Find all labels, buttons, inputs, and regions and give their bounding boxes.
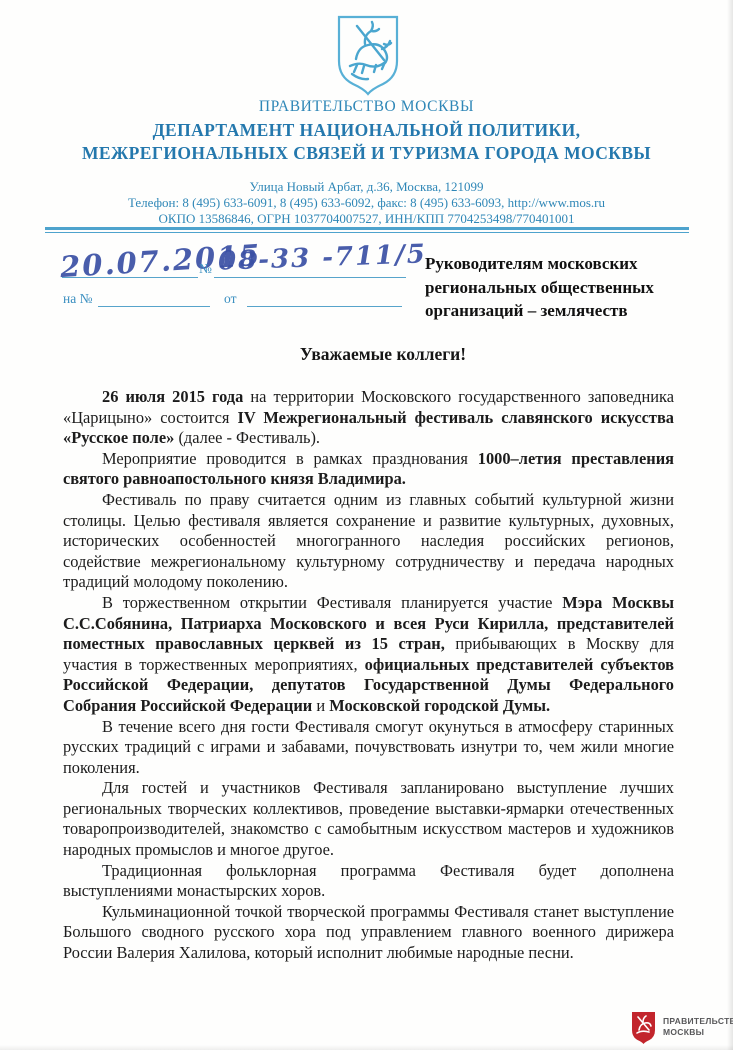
- scan-bottom-shading: [0, 1045, 733, 1050]
- scanned-letter-page: { "letterhead": { "emblem": "moscow-coat…: [0, 0, 733, 1050]
- government-title: ПРАВИТЕЛЬСТВО МОСКВЫ: [0, 98, 733, 116]
- body-paragraph: Кульминационной точкой творческой програ…: [63, 902, 674, 964]
- footer-logo-line1: ПРАВИТЕЛЬСТВО: [663, 1016, 733, 1027]
- recipient-line: организаций – землячеств: [425, 299, 685, 323]
- footer-logo-line2: МОСКВЫ: [663, 1027, 733, 1038]
- body-paragraph: Мероприятие проводится в рамках празднов…: [63, 449, 674, 490]
- recipient-block: Руководителям московских региональных об…: [425, 252, 685, 323]
- recipient-line: региональных общественных: [425, 276, 685, 300]
- reply-number-form-line: [98, 306, 210, 307]
- body-paragraph: Для гостей и участников Фестиваля заплан…: [63, 778, 674, 860]
- from-date-form-line: [247, 306, 402, 307]
- footer-logo: ПРАВИТЕЛЬСТВО МОСКВЫ: [631, 1007, 731, 1047]
- contacts-line: Телефон: 8 (495) 633-6091, 8 (495) 633-6…: [0, 195, 733, 211]
- body-paragraph: Традиционная фольклорная программа Фести…: [63, 861, 674, 902]
- number-sign-label: №: [199, 261, 212, 277]
- body-paragraph: В торжественном открытии Фестиваля плани…: [63, 593, 674, 717]
- reply-to-number-label: на №: [63, 291, 92, 307]
- recipient-line: Руководителям московских: [425, 252, 685, 276]
- body-paragraph: В течение всего дня гости Фестиваля смог…: [63, 717, 674, 779]
- date-form-line: [62, 277, 198, 278]
- number-form-line: [214, 277, 406, 278]
- letterhead-divider-thick: [45, 227, 689, 230]
- department-name-line2: МЕЖРЕГИОНАЛЬНЫХ СВЯЗЕЙ И ТУРИЗМА ГОРОДА …: [0, 143, 733, 164]
- body-paragraph: 26 июля 2015 года на территории Московск…: [63, 387, 674, 449]
- department-name-line1: ДЕПАРТАМЕНТ НАЦИОНАЛЬНОЙ ПОЛИТИКИ,: [0, 120, 733, 141]
- from-date-label: от: [224, 291, 236, 307]
- letterhead-divider-thin: [45, 232, 689, 233]
- handwritten-outgoing-number: 08-33 -711/5: [218, 239, 428, 276]
- body-paragraph: Фестиваль по праву считается одним из гл…: [63, 490, 674, 593]
- moscow-coat-of-arms-red-icon: [631, 1011, 656, 1044]
- registration-codes-line: ОКПО 13586846, ОГРН 1037704007527, ИНН/К…: [0, 211, 733, 227]
- address-line: Улица Новый Арбат, д.36, Москва, 121099: [0, 179, 733, 195]
- salutation: Уважаемые коллеги!: [63, 344, 703, 365]
- footer-logo-text: ПРАВИТЕЛЬСТВО МОСКВЫ: [663, 1016, 733, 1038]
- letter-body: 26 июля 2015 года на территории Московск…: [63, 387, 674, 964]
- moscow-coat-of-arms-icon: [332, 14, 404, 96]
